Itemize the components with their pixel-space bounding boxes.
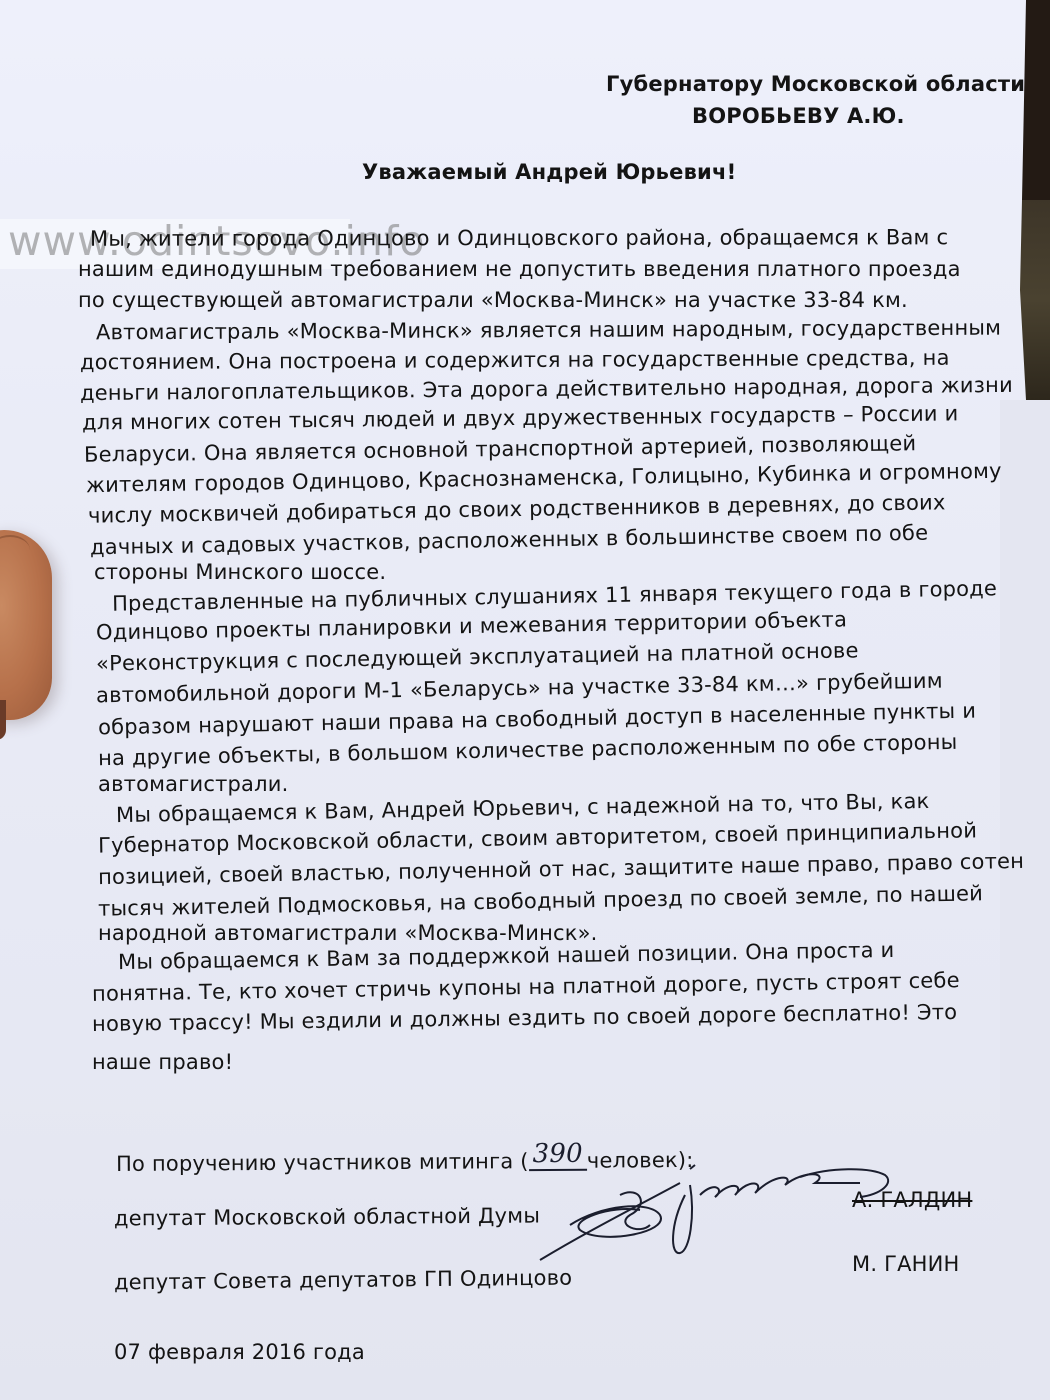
salutation: Уважаемый Андрей Юрьевич! (362, 160, 736, 184)
mandate-prefix: По поручению участников митинга ( (116, 1149, 529, 1176)
signatory-1-title: депутат Московской областной Думы (114, 1204, 540, 1231)
paragraph-2-line-1: Автомагистраль «Москва-Минск» является н… (96, 316, 1001, 345)
addressee-line-2: ВОРОБЬЕВУ А.Ю. (692, 104, 905, 128)
paragraph-2-line-3: деньги налогоплательщиков. Эта дорога де… (80, 373, 1013, 405)
paragraph-1-line-3: по существующей автомагистрали «Москва-М… (78, 288, 970, 312)
addressee-line-1: Губернатору Московской области (606, 72, 1025, 96)
signatory-2-title: депутат Совета депутатов ГП Одинцово (114, 1266, 573, 1295)
paragraph-2-line-8: дачных и садовых участков, расположенных… (90, 521, 929, 560)
paragraph-3-line-3: «Реконструкция с последующей эксплуатаци… (96, 638, 859, 675)
paragraph-4-line-5: народной автомагистрали «Москва-Минск». (98, 921, 598, 945)
handwritten-signature (530, 1155, 930, 1265)
paragraph-3-line-7: автомагистрали. (98, 772, 288, 796)
paragraph-2-line-2: достоянием. Она построена и содержится н… (80, 346, 950, 375)
paragraph-5-line-2: понятна. Те, кто хочет стричь купоны на … (92, 968, 960, 1006)
paragraph-1-line-2: нашим единодушным требованием не допусти… (78, 257, 970, 281)
paragraph-5-line-3: новую трассу! Мы ездили и должны ездить … (92, 1000, 958, 1036)
letter-date: 07 февраля 2016 года (114, 1340, 365, 1364)
paragraph-2-line-4: для многих сотен тысяч людей и двух друж… (82, 401, 959, 434)
paragraph-5-line-4: наше право! (92, 1050, 233, 1074)
paragraph-4-line-4: тысяч жителей Подмосковья, на свободный … (98, 881, 983, 920)
letter-document: Губернатору Московской области ВОРОБЬЕВУ… (0, 0, 1026, 1400)
paragraph-2-line-9: стороны Минского шоссе. (94, 560, 386, 584)
paragraph-1-line-1: Мы, жители города Одинцово и Одинцовског… (90, 225, 970, 251)
